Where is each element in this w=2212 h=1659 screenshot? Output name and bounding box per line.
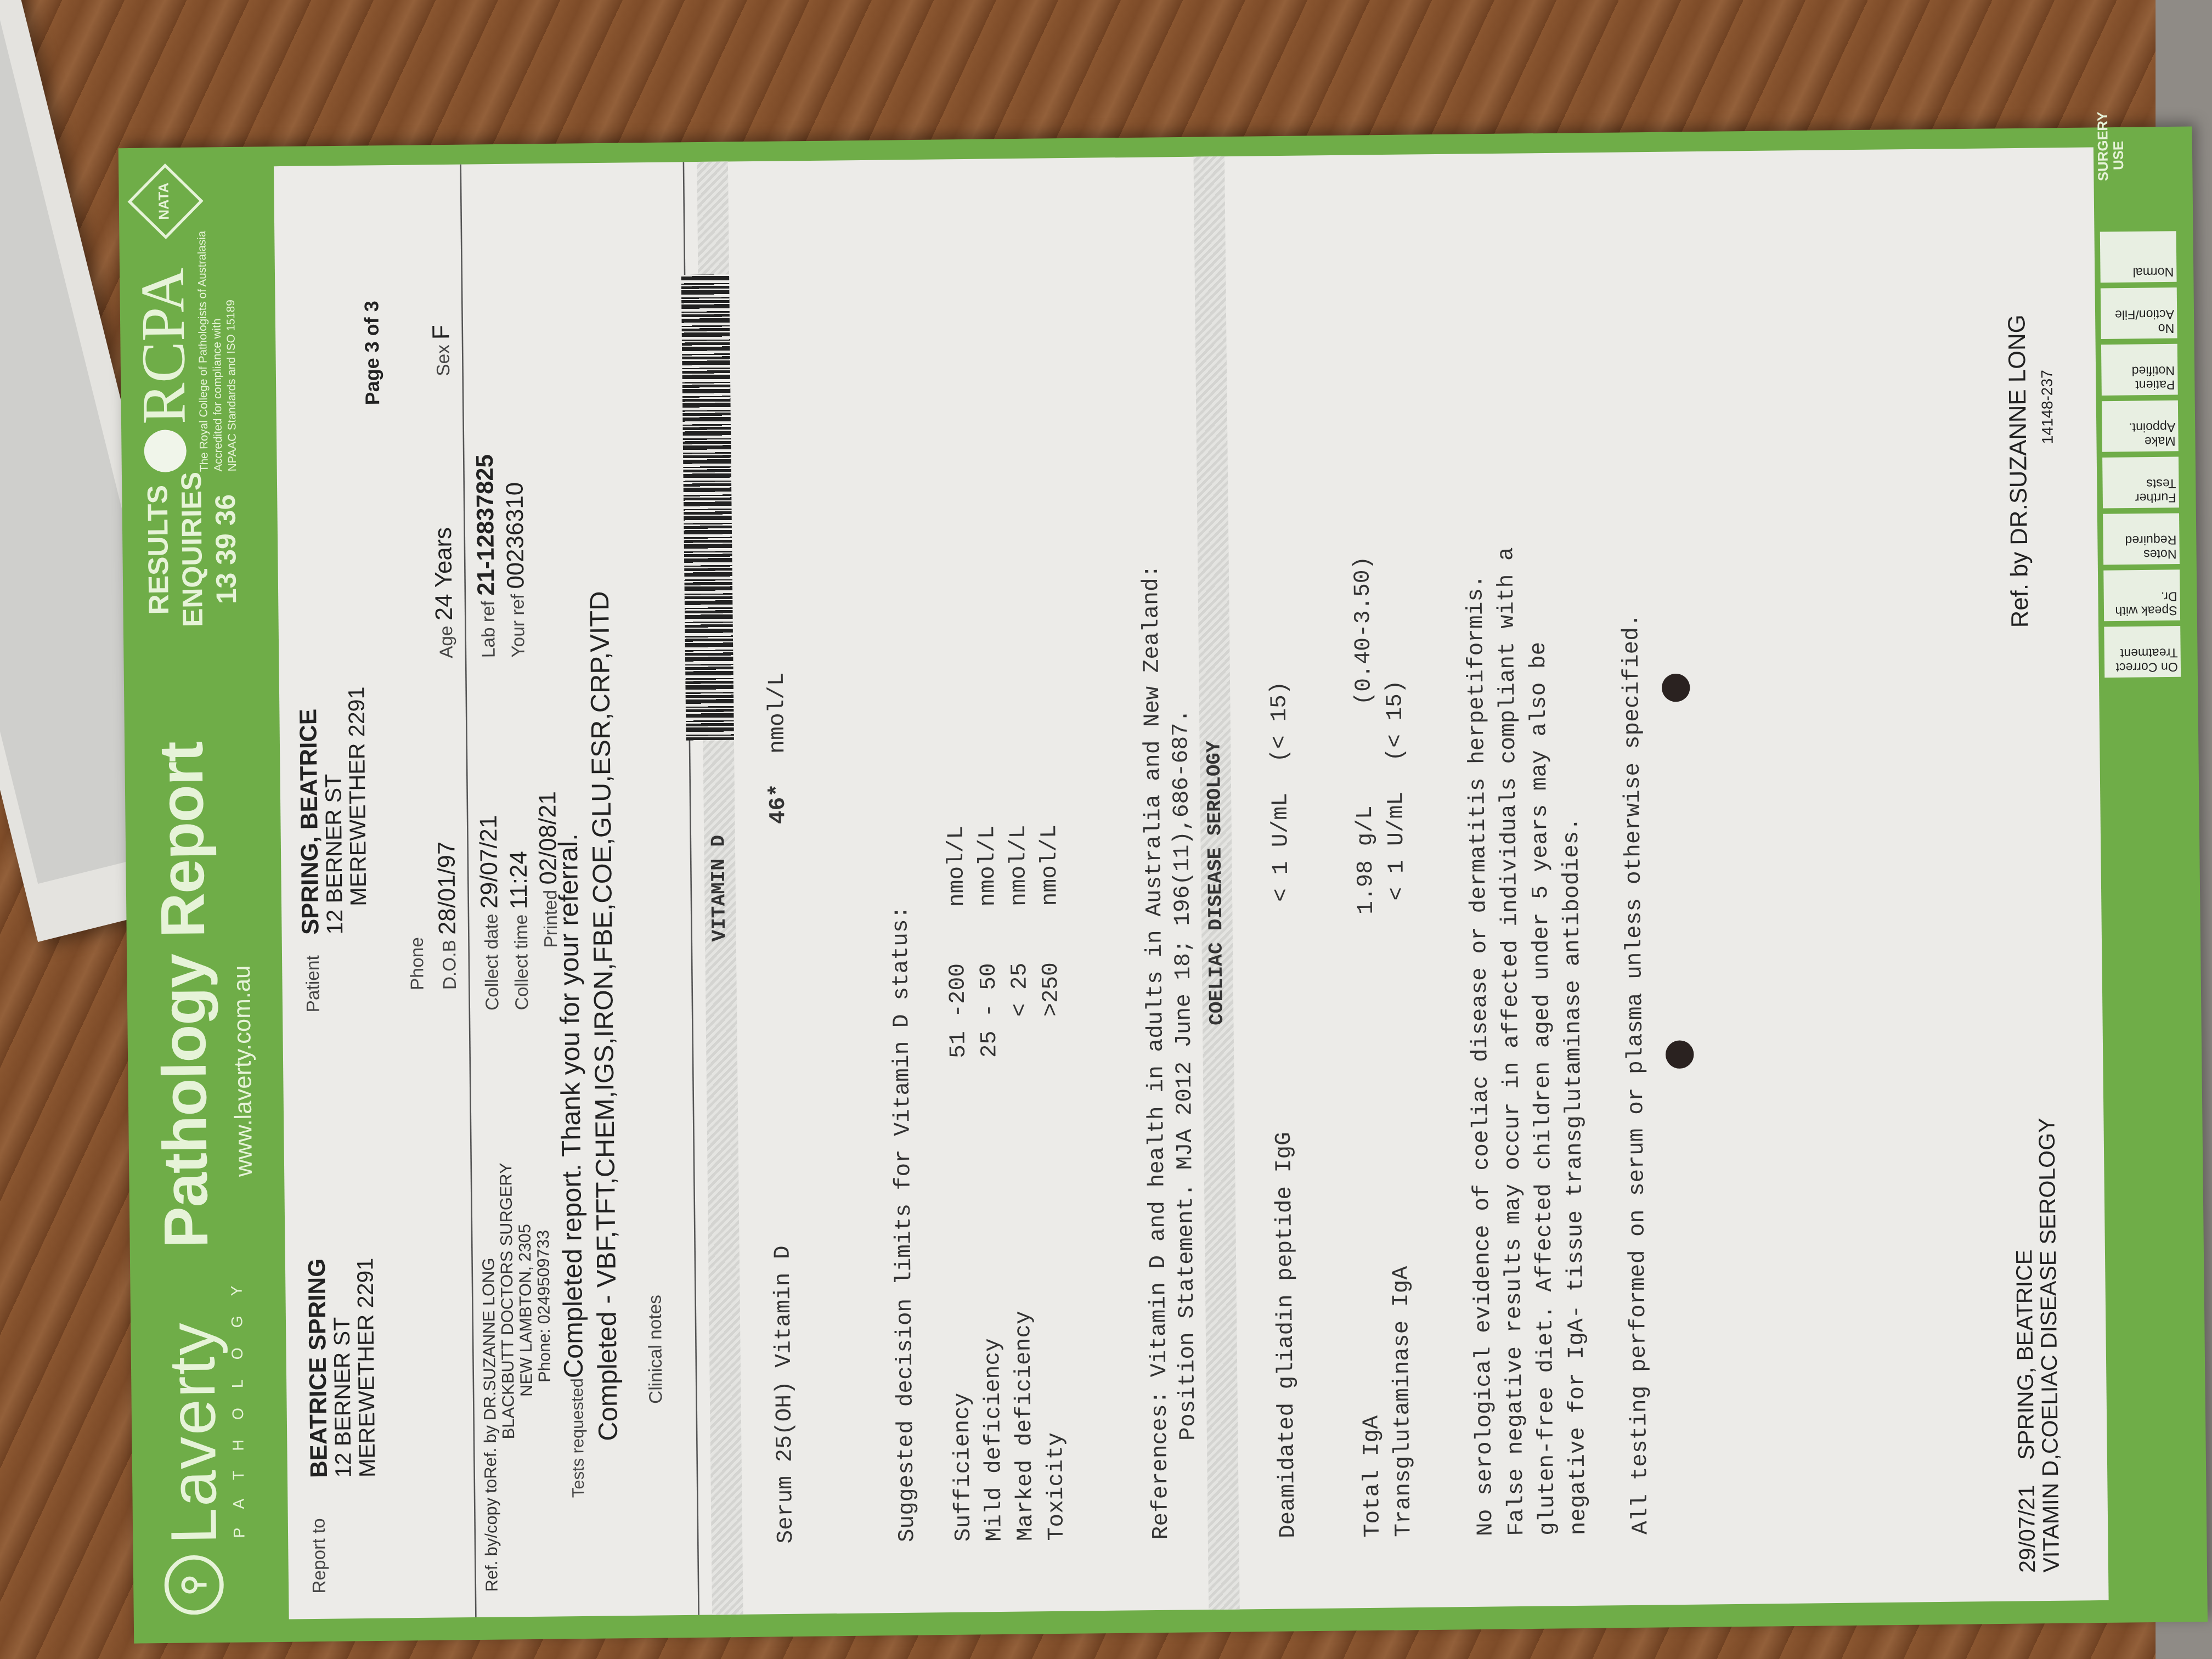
comment-line: No serological evidence of coeliac disea…	[1463, 574, 1499, 1536]
enquiries-line: ENQUIRIES	[176, 472, 211, 628]
coeliac-test: Transglutaminase IgA	[1389, 1266, 1417, 1537]
limit-range: 51 -200	[945, 963, 972, 1091]
limit-status: Marked deficiency	[1011, 1311, 1039, 1541]
rcpa-text: NPAAC Standards and ISO 15189	[223, 217, 240, 471]
age: Age 24 Years	[430, 527, 460, 659]
comment-line: negative for IgA- tissue transglutaminas…	[1559, 817, 1592, 1536]
divider	[460, 165, 476, 1617]
enquiries-line: RESULTS	[142, 472, 177, 628]
referral-label: Ref. by/copy to	[481, 1479, 501, 1592]
clinical-notes-label: Clinical notes	[644, 1295, 667, 1404]
coeliac-range: (0.40-3.50)	[1350, 556, 1377, 705]
limits-title: Suggested decision limits for Vitamin D …	[888, 906, 920, 1543]
sex: Sex F	[428, 325, 456, 376]
results-enquiries: RESULTS ENQUIRIES 13 39 36	[142, 471, 245, 628]
sex-value: F	[428, 325, 455, 340]
nata-logo: NATA	[133, 170, 207, 233]
footnote: All testing performed on serum or plasma…	[1618, 613, 1654, 1534]
report-to-label: Report to	[308, 1518, 330, 1594]
tests-label: Tests requested	[567, 1378, 588, 1498]
comment-line: gluten-free diet. Affected children aged…	[1526, 641, 1560, 1536]
report-body: Report to BEATRICE SPRING 12 BERNER ST M…	[274, 147, 2109, 1619]
report-title: Pathology Report	[147, 742, 223, 1249]
punch-hole	[1662, 674, 1690, 702]
limit-unit: nmol/L	[975, 825, 1001, 907]
vitamin-d-unit: nmol/L	[764, 672, 791, 754]
address-line: MEREWETHER 2291	[346, 686, 372, 934]
nata-badge-icon: NATA	[128, 163, 204, 239]
surgery-option-checkbox[interactable]: Speak with Dr.	[2103, 569, 2180, 621]
photo-stage: ⚲ Laverty PATHOLOGY Pathology Report www…	[0, 0, 2212, 1659]
limit-unit: nmol/L	[1006, 825, 1032, 906]
limit-unit: nmol/L	[1037, 825, 1063, 906]
footer-referrer: Ref. by DR.SUZANNE LONG	[2004, 314, 2035, 628]
enquiries-phone: 13 39 36	[209, 471, 245, 627]
report-to-name: BEATRICE SPRING	[303, 1259, 332, 1478]
age-value: 24 Years	[430, 527, 458, 621]
website-link: www.laverty.com.au	[228, 965, 258, 1177]
patient-label: Patient	[302, 955, 324, 1012]
rcpa-name: RCPA	[131, 267, 198, 424]
vitamin-d-heading: VITAMIN D	[697, 162, 743, 1615]
surgery-option-checkbox[interactable]: Make Appoint.	[2102, 400, 2179, 452]
collect-time: 11:24	[505, 851, 533, 910]
limit-range: < 25	[1007, 962, 1034, 1090]
surgery-option-checkbox[interactable]: Further Tests	[2102, 457, 2179, 509]
surgery-option-checkbox[interactable]: On Correct Treatment	[2104, 626, 2181, 678]
limit-status: Mild deficiency	[980, 1338, 1008, 1542]
surgery-option-checkbox[interactable]: No Action/File	[2101, 287, 2177, 339]
surgery-option-checkbox[interactable]: Normal	[2100, 231, 2177, 283]
brand-name: Laverty	[159, 1321, 227, 1544]
punch-hole	[1666, 1040, 1694, 1069]
rcpa-logo: RCPA The Royal College of Pathologists o…	[131, 217, 240, 472]
referral-block: Ref. by/copy toRef. by DR.SUZANNE LONG B…	[479, 1162, 557, 1592]
address-line: 12 BERNER ST	[331, 1317, 357, 1477]
limit-status: Toxicity	[1043, 1432, 1069, 1541]
limit-range: >250	[1038, 962, 1065, 1090]
coeliac-test: Deamidated gliadin peptide IgG	[1271, 1132, 1301, 1538]
coeliac-test: Total IgA	[1359, 1415, 1386, 1538]
patient-name: SPRING, BEATRICE	[295, 709, 324, 935]
limit-range: 25 - 50	[976, 963, 1003, 1090]
practice-phone: Phone: 0249509733	[534, 1162, 557, 1591]
pathology-report-page: ⚲ Laverty PATHOLOGY Pathology Report www…	[119, 127, 2208, 1644]
lab-ref: 21-12837825	[471, 454, 500, 596]
coeliac-result: < 1	[1384, 860, 1410, 930]
surgery-option-checkbox[interactable]: Notes Required	[2103, 513, 2180, 565]
page-number: Page 3 of 3	[360, 301, 383, 405]
laverty-logo: ⚲ Laverty	[159, 1321, 227, 1615]
collection-info: Collect date 29/07/21 Collect time 11:24…	[475, 791, 566, 1011]
microscope-icon: ⚲	[164, 1555, 224, 1615]
address-line: MEREWETHER 2291	[354, 1258, 381, 1478]
address-line: 12 BERNER ST	[323, 774, 348, 935]
footer-summary: 29/07/21 SPRING, BEATRICE VITAMIN D,COEL…	[2012, 1118, 2064, 1573]
rcpa-text: The Royal College of Pathologists of Aus…	[195, 218, 212, 472]
limit-status: Sufficiency	[950, 1392, 977, 1542]
report-header: ⚲ Laverty PATHOLOGY Pathology Report www…	[119, 146, 289, 1643]
dob: D.O.B 28/01/97	[433, 841, 463, 990]
rcpa-emblem-icon	[144, 430, 187, 472]
vitamin-d-result: 46*	[765, 783, 791, 825]
tests-list: Completed - VBF,TFT,CHEM,IGS,IRON,FBE,CO…	[586, 591, 626, 1441]
coeliac-unit: U/mL	[1268, 793, 1294, 847]
reference-line: Position Statement. MJA 2012 June 18; 19…	[1168, 709, 1201, 1441]
footer-code: 14148-237	[2039, 370, 2057, 444]
your-ref: 00236310	[501, 482, 529, 589]
comment-line: False negative results may occur in affe…	[1494, 547, 1530, 1536]
phone-label: Phone	[406, 937, 428, 990]
coeliac-range: (< 15)	[1267, 681, 1293, 763]
coeliac-result: 1.98	[1353, 860, 1380, 931]
coeliac-unit: g/L	[1353, 805, 1379, 847]
coeliac-result: < 1	[1268, 861, 1295, 932]
surgery-use-heading: SURGERY USE	[2096, 130, 2128, 181]
coeliac-unit: U/mL	[1384, 792, 1409, 846]
tests-requested: Tests requestedCompleted report. Thank y…	[555, 833, 592, 1498]
limit-unit: nmol/L	[944, 826, 970, 907]
surgery-use-panel: NormalNo Action/FilePatient NotifiedMake…	[2093, 127, 2208, 1623]
reference-info: Lab ref 21-12837825 Your ref 00236310	[471, 454, 533, 658]
coeliac-range: (< 15)	[1383, 680, 1409, 761]
tests-status: Completed report. Thank you for your ref…	[555, 833, 590, 1379]
brand-subtitle: PATHOLOGY	[229, 1266, 249, 1538]
surgery-option-checkbox[interactable]: Patient Notified	[2101, 344, 2178, 396]
patient-address: SPRING, BEATRICE 12 BERNER ST MEREWETHER…	[296, 686, 372, 935]
results-section: VITAMIN D Serum 25(OH) Vitamin D 46* nmo…	[697, 162, 743, 1615]
report-to-address: BEATRICE SPRING 12 BERNER ST MEREWETHER …	[305, 1258, 381, 1478]
barcode	[681, 274, 734, 740]
collect-date: 29/07/21	[475, 815, 503, 909]
vitamin-d-test: Serum 25(OH) Vitamin D	[770, 1245, 799, 1544]
dob-value: 28/01/97	[433, 841, 461, 935]
